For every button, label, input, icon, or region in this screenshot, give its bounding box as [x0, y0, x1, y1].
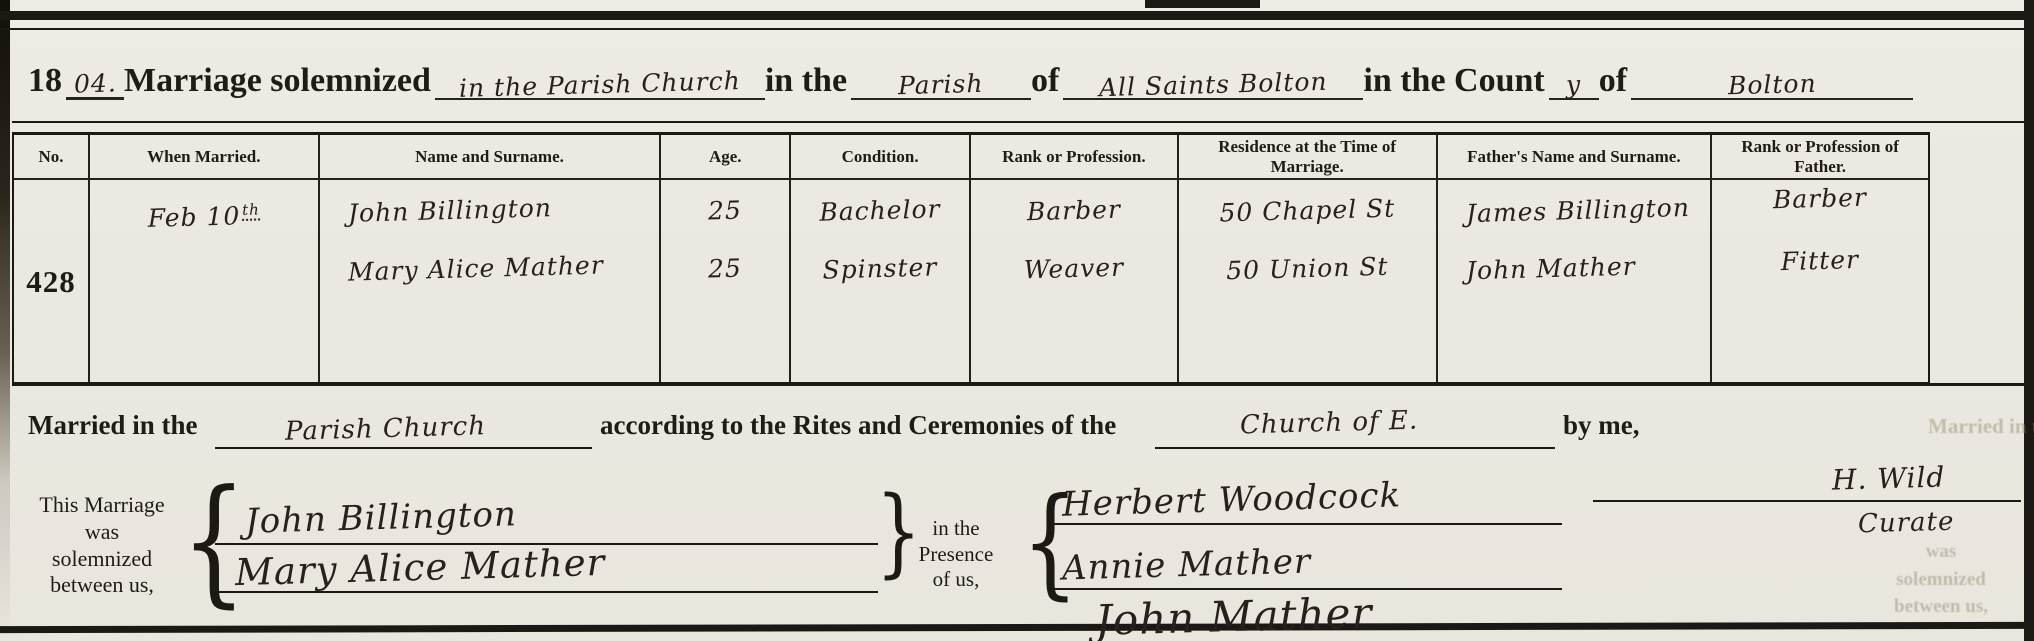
- label-line-1: This Marriage: [26, 492, 178, 519]
- ghost-line-1: was: [1866, 538, 2016, 566]
- top-thick-rule: [0, 11, 2034, 20]
- officiant-title: Curate: [1858, 507, 1955, 540]
- county-y-blank: y: [1549, 54, 1599, 100]
- ghost-line-2: solemnized: [1866, 566, 2016, 594]
- header-when-married: When Married.: [90, 135, 318, 180]
- cell-rank: Barber Weaver: [971, 180, 1177, 382]
- column-no: No. 428: [14, 135, 90, 382]
- parish-name-blank: All Saints Bolton: [1063, 54, 1363, 100]
- parish-blank: Parish: [851, 54, 1031, 100]
- ghost-married-in-text: Married in the: [1928, 414, 2034, 439]
- ghost-declaration-block: was solemnized between us,: [1866, 538, 2016, 621]
- by-me-label: by me,: [1563, 410, 1640, 441]
- bride-name: Mary Alice Mather: [347, 250, 603, 286]
- groom-residence: 50 Chapel St: [1178, 192, 1435, 228]
- place-handwritten: in the Parish Church: [459, 68, 741, 102]
- of-label: of: [1031, 64, 1063, 100]
- rites-blank-line: [1155, 447, 1555, 449]
- header-father-rank: Rank or Profession of Father.: [1712, 135, 1928, 180]
- column-residence: Residence at the Time of Marriage. 50 Ch…: [1179, 135, 1438, 382]
- when-married-date: Feb 10: [147, 201, 240, 233]
- county-blank: Bolton: [1631, 54, 1913, 100]
- county-y-handwritten: y: [1566, 72, 1582, 99]
- column-name: Name and Surname. John Billington Mary A…: [320, 135, 662, 382]
- bride-age: 25: [661, 252, 790, 285]
- officiant-signature: H. Wild: [1832, 460, 1946, 496]
- title-line: 18 04. Marriage solemnized in the Parish…: [28, 48, 2020, 100]
- groom-signature: John Billington: [244, 494, 517, 542]
- table-upper-thin-rule: [12, 121, 2024, 123]
- witness1-signature-line: [1048, 523, 1562, 525]
- label-line-3: solemnized: [26, 546, 178, 573]
- bride-signature: Mary Alice Mather: [234, 541, 605, 594]
- parish-name-handwritten: All Saints Bolton: [1099, 69, 1328, 102]
- cell-name: John Billington Mary Alice Mather: [320, 180, 660, 382]
- column-rank: Rank or Profession. Barber Weaver: [971, 135, 1179, 382]
- register-table: No. 428 When Married. Feb 10th Name and …: [12, 132, 1930, 385]
- cell-when-married: Feb 10th: [90, 180, 318, 382]
- cell-condition: Bachelor Spinster: [791, 180, 969, 382]
- groom-name: John Billington: [347, 193, 552, 228]
- header-no: No.: [14, 135, 88, 180]
- entry-number: 428: [14, 264, 88, 300]
- bride-residence: 50 Union St: [1178, 250, 1435, 286]
- bride-condition: Spinster: [791, 252, 970, 286]
- witness3-signature: John Mather: [1094, 588, 1373, 641]
- witness1-signature: Herbert Woodcock: [1062, 475, 1402, 524]
- column-condition: Condition. Bachelor Spinster: [791, 135, 971, 382]
- header-father-name: Father's Name and Surname.: [1438, 135, 1711, 180]
- bride-father-name: John Mather: [1465, 252, 1635, 286]
- witness2-signature: Annie Mather: [1061, 542, 1311, 589]
- in-the-label: in the: [765, 64, 851, 100]
- binding-edge: [0, 0, 10, 641]
- top-edge-mark: [1145, 0, 1260, 8]
- cell-age: 25 25: [661, 180, 789, 382]
- county-handwritten: Bolton: [1727, 71, 1816, 100]
- presence-line-3: of us,: [902, 567, 1010, 593]
- column-age: Age. 25 25: [661, 135, 791, 382]
- church-handwritten: Parish Church: [285, 411, 487, 447]
- marriage-solemnized-label: This Marriage was solemnized between us,: [26, 492, 178, 599]
- year-handwritten: 04.: [73, 70, 116, 97]
- column-father-name: Father's Name and Surname. James Billing…: [1438, 135, 1713, 382]
- header-residence: Residence at the Time of Marriage.: [1179, 135, 1436, 180]
- church-blank-line: [215, 447, 592, 449]
- groom-father-profession: Barber: [1712, 181, 1928, 216]
- place-blank: in the Parish Church: [435, 54, 765, 100]
- officiant-signature-line: [1593, 500, 2021, 502]
- bride-father-profession: Fitter: [1712, 243, 1928, 278]
- header-condition: Condition.: [791, 135, 969, 180]
- header-rank: Rank or Profession.: [971, 135, 1177, 180]
- top-thin-rule: [0, 28, 2034, 30]
- presence-label: in the Presence of us,: [902, 516, 1010, 593]
- scanned-marriage-register: { "title": { "year_printed": "18", "year…: [0, 0, 2034, 641]
- cell-father-name: James Billington John Mather: [1438, 180, 1711, 382]
- groom-father-name: James Billington: [1465, 193, 1690, 228]
- header-name: Name and Surname.: [320, 135, 660, 180]
- groom-age: 25: [661, 194, 790, 227]
- presence-line-2: Presence: [902, 542, 1010, 568]
- page-bottom-border: [0, 622, 2026, 633]
- bride-profession: Weaver: [971, 251, 1178, 286]
- according-label: according to the Rites and Ceremonies of…: [600, 410, 1116, 441]
- year-blank: 04.: [66, 53, 124, 100]
- column-when-married: When Married. Feb 10th: [90, 135, 320, 382]
- label-line-2: was: [26, 519, 178, 546]
- groom-profession: Barber: [971, 193, 1178, 228]
- presence-line-1: in the: [902, 516, 1010, 542]
- page-right-border: [2024, 0, 2034, 641]
- rites-handwritten: Church of E.: [1240, 406, 1419, 441]
- column-father-rank: Rank or Profession of Father. Barber Fit…: [1712, 135, 1928, 382]
- of-label-2: of: [1599, 64, 1631, 100]
- ghost-line-3: between us,: [1866, 593, 2016, 621]
- solemnized-label: Marriage solemnized: [124, 64, 435, 100]
- year-prefix: 18: [28, 64, 66, 100]
- married-in-the-label: Married in the: [28, 410, 197, 441]
- when-married-suffix: th: [242, 200, 260, 220]
- label-line-4: between us,: [26, 572, 178, 599]
- county-label: in the Count: [1363, 64, 1548, 100]
- cell-residence: 50 Chapel St 50 Union St: [1179, 180, 1436, 382]
- cell-no: 428: [14, 180, 88, 382]
- header-age: Age.: [661, 135, 789, 180]
- when-married-value: Feb 10th: [90, 199, 318, 235]
- groom-condition: Bachelor: [791, 194, 970, 228]
- parish-handwritten: Parish: [898, 71, 984, 100]
- cell-father-rank: Barber Fitter: [1712, 180, 1928, 382]
